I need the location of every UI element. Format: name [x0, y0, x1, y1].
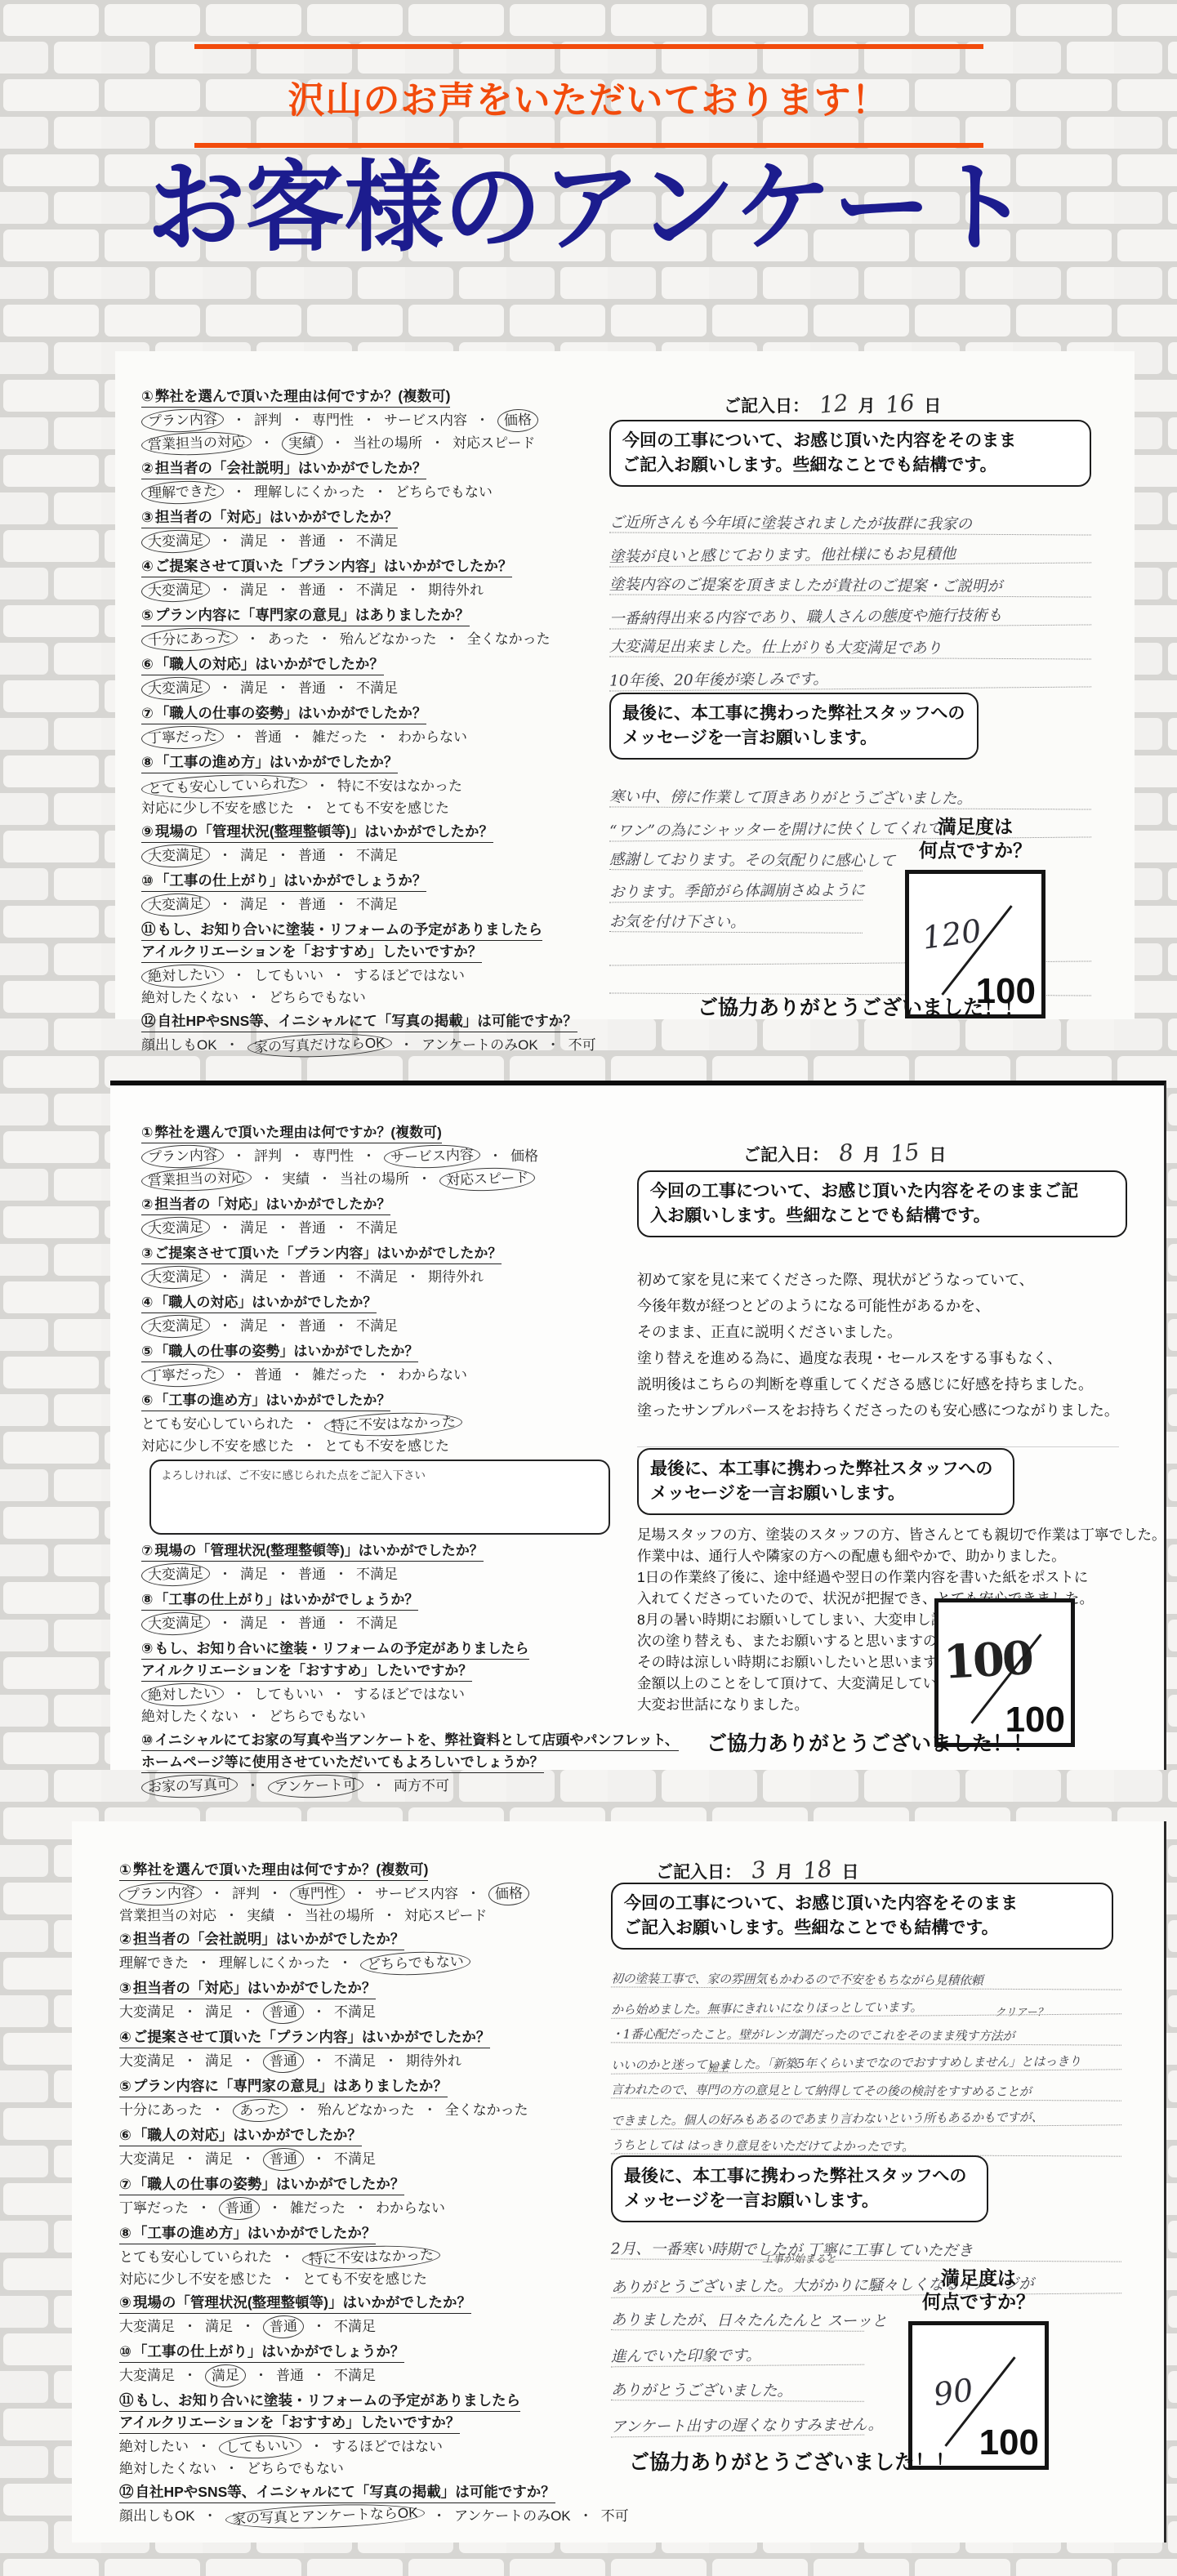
option: 普通 [298, 680, 326, 696]
option-separator: ・ [290, 729, 304, 745]
options-row: とても安心していられた・特に不安はなかった [119, 2246, 609, 2269]
option-separator: ・ [302, 800, 316, 816]
question-text: ⑪もし、お知り合いに塗装・リフォームの予定がありましたらアイルクリエーションを「… [119, 2391, 609, 2434]
selected-option: 大変満足 [141, 1216, 211, 1241]
option: 不満足 [356, 1567, 398, 1582]
option-separator: ・ [332, 968, 346, 983]
question-label: 「工事の進め方」はいかがでしたか？ [154, 1393, 390, 1408]
question: ⑪もし、お知り合いに塗装・リフォームの予定がありましたらアイルクリエーションを「… [141, 920, 611, 1008]
options-row: 大変満足・満足・普通・不満足 [119, 2315, 609, 2338]
options-row: 大変満足・満足・普通・不満足 [141, 1315, 664, 1338]
question: ⑦「職人の仕事の姿勢」はいかがでしたか？丁寧だった・普通・雑だった・わからない [119, 2175, 609, 2220]
question-text-line: ④ご提案させて頂いた「プラン内容」はいかがでしたか？ [141, 557, 512, 577]
option-separator: ・ [432, 2508, 446, 2524]
selected-option: プラン内容 [119, 1881, 203, 1907]
question-text-line: ④「職人の対応」はいかがでしたか？ [141, 1293, 377, 1313]
option-separator: ・ [218, 680, 232, 696]
text-line: できました。個人の好みもあるのであまり言わないという所もあるかもですが、 [611, 2097, 1121, 2129]
option: 普通 [298, 1318, 326, 1334]
question-number: ④ [141, 558, 154, 574]
option: 不満足 [356, 897, 398, 912]
option-separator: ・ [331, 435, 345, 451]
text-line: 初の塗装工事で、家の雰囲気もかわるので不安をもちながら見積依頼 [611, 1959, 1121, 1990]
question-text-line: ⑧「工事の仕上がり」はいかがでしょうか？ [141, 1590, 418, 1611]
options-row: 絶対したくない・どちらでもない [119, 2458, 609, 2479]
option: 満足 [240, 1269, 268, 1285]
options-row: 絶対したくない・どちらでもない [141, 987, 611, 1008]
selected-option: 理解できた [141, 479, 225, 506]
text-line: 作業中は、通行人や隣家の方への配慮も細やかで、助かりました。 [637, 1544, 1139, 1566]
option-separator: ・ [254, 2368, 268, 2383]
comment-lines: 初めて家を見に来てくださった際、現状がどうなっていて、今後年数が経つとどのように… [637, 1263, 1119, 1447]
text-line: 言われたので、専門の方の意見として納得してその後の検討をすすめることが [611, 2070, 1121, 2101]
options-row: 対応に少し不安を感じた・とても不安を感じた [141, 1436, 664, 1456]
question-text: ④ご提案させて頂いた「プラン内容」はいかがでしたか？ [119, 2028, 609, 2048]
question-text-line: ①弊社を選んで頂いた理由は何ですか？(複数可) [119, 1861, 428, 1881]
option-separator: ・ [232, 968, 246, 983]
question-text: ⑩「工事の仕上がり」はいかがでしょうか？ [119, 2342, 609, 2363]
selected-option: 大変満足 [141, 1611, 211, 1637]
option: 満足 [240, 897, 268, 912]
option: 理解できた [119, 1955, 189, 1971]
question-number: ② [119, 1931, 132, 1947]
options-row: 絶対したい・してもいい・するほどではない [141, 1683, 664, 1706]
option-separator: ・ [334, 1567, 348, 1582]
option: 不満足 [334, 2151, 376, 2167]
question-text-line: ④ご提案させて頂いた「プラン内容」はいかがでしたか？ [119, 2028, 490, 2048]
question: ③担当者の「対応」はいかがでしたか？大変満足・満足・普通・不満足 [119, 1979, 609, 2024]
option-separator: ・ [338, 1955, 352, 1971]
option-separator: ・ [241, 2319, 255, 2334]
selected-option: 普通 [263, 2147, 305, 2172]
options-row: 丁寧だった・普通・雑だった・わからない [119, 2197, 609, 2220]
option: どちらでもない [395, 484, 493, 500]
options-row: 大変満足・満足・普通・不満足 [141, 894, 611, 916]
question-text-line: アイルクリエーションを「おすすめ」したいですか？ [141, 943, 482, 963]
option: 雑だった [312, 729, 368, 745]
option: 不満足 [356, 1318, 398, 1334]
option: 雑だった [312, 1367, 368, 1383]
question-text-line: アイルクリエーションを「おすすめ」したいですか？ [141, 1661, 472, 1682]
selected-option: 大変満足 [141, 1265, 211, 1290]
selected-option: 大変満足 [141, 844, 211, 869]
option: 評判 [232, 1886, 260, 1901]
month-suffix: 月 [776, 1863, 793, 1882]
option-separator: ・ [318, 631, 332, 647]
text-line: うちとしては はっきり意見をいただけてよかったです。 [611, 2126, 1121, 2156]
handwritten-annotation: クリアー？ [995, 2003, 1048, 2019]
question-text: ②担当者の「対応」はいかがでしたか？ [141, 1195, 664, 1215]
options-row: 営業担当の対応・実績・当社の場所・対応スピード [141, 1168, 664, 1191]
line-text: いいのかと迷っていました。「新築5年くらいまでなのでおすすめしません」とはっきり [611, 2052, 1081, 2074]
question-text-line: ②担当者の「会社説明」はいかがでしたか？ [119, 1930, 404, 1950]
question-text-line: ⑥「職人の対応」はいかがでしたか？ [119, 2126, 362, 2146]
question-text: ②担当者の「会社説明」はいかがでしたか？ [119, 1930, 609, 1950]
option: 雑だった [290, 2200, 346, 2216]
question: ⑧「工事の進め方」はいかがでしたか？とても安心していられた・特に不安はなかった対… [119, 2224, 609, 2289]
question-number: ① [141, 1125, 153, 1140]
option-separator: ・ [310, 2439, 323, 2454]
text-line: アンケート出すの遅くなりすみません。 [611, 2400, 864, 2438]
question: ①弊社を選んで頂いた理由は何ですか？(複数可)プラン内容・評判・専門性・サービス… [141, 1123, 664, 1191]
options-row: 大変満足・満足・普通・不満足 [141, 1563, 664, 1586]
text-line: 塗ったサンプルパースをお持ちくださったのも安心感につながりました。 [637, 1394, 1119, 1420]
option-separator: ・ [241, 2004, 255, 2020]
text-line: お気を付け下さい。 [609, 901, 863, 934]
question-label: もし、お知り合いに塗装・リフォームの予定がありましたら [158, 921, 543, 938]
question: ⑦現場の「管理状況(整理整頓等)」はいかがでしたか？大変満足・満足・普通・不満足 [141, 1541, 664, 1586]
question-label: 「職人の仕事の姿勢」はいかがでしたか？ [154, 1344, 418, 1359]
satisfaction-score: 満足度は 何点ですか？ 90 100 [856, 2266, 1101, 2470]
option: 理解しにくかった [254, 484, 365, 500]
option: 評判 [254, 1148, 282, 1164]
selected-option: アンケート可 [268, 1773, 364, 1799]
question-text: ⑤プラン内容に「専門家の意見」はありましたか？ [141, 606, 611, 626]
question-number: ⑤ [141, 607, 154, 623]
option-separator: ・ [280, 2249, 294, 2265]
question-text-line: ⑤プラン内容に「専門家の意見」はありましたか？ [119, 2077, 448, 2097]
option-separator: ・ [334, 1220, 348, 1236]
question-text-line: ⑩イニシャルにてお家の写真や当アンケートを、弊社資料として店頭やパンフレット、 [141, 1731, 679, 1751]
question-text: ①弊社を選んで頂いた理由は何ですか？(複数可) [119, 1861, 609, 1881]
selected-option: 家の写真とアンケートならOK [225, 2502, 424, 2531]
line-text: 10年後、20年後が楽しみです。 [609, 667, 828, 690]
option-separator: ・ [276, 897, 290, 912]
option: 普通 [254, 729, 282, 745]
date-day-value: 18 [801, 1855, 833, 1885]
question-label: プラン内容に「専門家の意見」はありましたか？ [155, 607, 470, 623]
text-line: 寒い中、傍に作業して頂きありがとうございました。 [609, 776, 1091, 809]
question-label: 担当者の「対応」はいかがでしたか？ [155, 509, 399, 525]
prompt-line: 入お願いします。些細なことでも結構です。 [650, 1206, 991, 1225]
option-separator: ・ [268, 2200, 282, 2216]
selected-option: 価格 [497, 408, 539, 433]
question: ⑫自社HPやSNS等、イニシャルにて「写真の掲載」は可能ですか？顔出しもOK・家… [141, 1012, 611, 1057]
question-text: ④ご提案させて頂いた「プラン内容」はいかがでしたか？ [141, 557, 611, 577]
thanks-text: ご協力ありがとうございました！！ [698, 992, 1024, 1021]
option: 満足 [240, 533, 268, 549]
prompt-line: メッセージを一言お願いします。 [650, 1484, 905, 1503]
line-text: 足場スタッフの方、塗装のスタッフの方、皆さんとても親切で作業は丁寧でした。 [637, 1524, 1166, 1544]
option-separator: ・ [280, 2271, 294, 2287]
question-text-line: ⑥「工事の進め方」はいかがでしたか？ [141, 1391, 390, 1411]
option-separator: ・ [241, 2053, 255, 2069]
line-text: うちとしては はっきり意見をいただけてよかったです。 [611, 2136, 914, 2155]
option: 不満足 [356, 582, 398, 598]
text-line: 2月、一番寒い時期でしたが 丁寧に工事していただき [611, 2224, 1121, 2262]
option: 普通 [298, 848, 326, 863]
option-separator: ・ [247, 990, 261, 1005]
option-separator: ・ [203, 2508, 217, 2524]
option-separator: ・ [232, 1687, 246, 1702]
prompt-line: 今回の工事について、お感じ頂いた内容をそのまま [624, 1894, 1018, 1913]
option: 顔出しもOK [141, 1037, 217, 1053]
day-suffix: 日 [924, 397, 941, 416]
line-text: 今後年数が経つとどのようになる可能性があるかを、 [637, 1295, 990, 1316]
question: ⑫自社HPやSNS等、イニシャルにて「写真の掲載」は可能ですか？顔出しもOK・家… [119, 2483, 609, 2528]
question-label: 「工事の仕上がり」はいかがでしょうか？ [154, 1592, 418, 1607]
option: 不満足 [334, 2004, 376, 2020]
option: 特に不安はなかった [337, 778, 462, 794]
question: ③ご提案させて頂いた「プラン内容」はいかがでしたか？大変満足・満足・普通・不満足… [141, 1244, 664, 1289]
option: 専門性 [312, 1148, 354, 1164]
survey-form-3: ①弊社を選んで頂いた理由は何ですか？(複数可)プラン内容・評判・専門性・サービス… [72, 1821, 1166, 2543]
options-row: 理解できた・理解しにくかった・どちらでもない [141, 481, 611, 504]
line-text: 言われたので、専門の方の意見として納得してその後の検討をすすめることが [611, 2080, 1031, 2100]
options-row: 顔出しもOK・家の写真だけならOK・アンケートのみOK・不可 [141, 1034, 611, 1057]
comment-prompt-box: 今回の工事について、お感じ頂いた内容をそのまま ご記入お願いします。些細なことで… [611, 1883, 1113, 1950]
text-line: 今後年数が経つとどのようになる可能性があるかを、 [637, 1290, 1119, 1316]
option: とても不安を感じた [324, 1438, 449, 1454]
page-title: お客様のアンケート [0, 158, 1177, 258]
question-text: ⑥「職人の対応」はいかがでしたか？ [119, 2126, 609, 2146]
question-text: ④「職人の対応」はいかがでしたか？ [141, 1293, 664, 1313]
question-text: ③ご提案させて頂いた「プラン内容」はいかがでしたか？ [141, 1244, 664, 1264]
options-row: 絶対したくない・どちらでもない [141, 1706, 664, 1727]
options-row: 十分にあった・あった・殆んどなかった・全くなかった [141, 628, 611, 651]
question-label: 弊社を選んで頂いた理由は何ですか？(複数可) [133, 1861, 429, 1878]
question-text-line: アイルクリエーションを「おすすめ」したいですか？ [119, 2413, 460, 2434]
question-label: 「職人の対応」はいかがでしたか？ [154, 1295, 377, 1310]
question-text-line: ⑨現場の「管理状況(整理整頓等)」はいかがでしたか？ [141, 822, 493, 843]
selected-option: 大変満足 [141, 1562, 211, 1588]
option-separator: ・ [183, 2053, 197, 2069]
options-row: 対応に少し不安を感じた・とても不安を感じた [119, 2269, 609, 2289]
option-separator: ・ [475, 412, 489, 428]
date-row: ご記入日：3月18日 [656, 1856, 858, 1883]
question-number: ③ [141, 1246, 153, 1261]
question: ②担当者の「対応」はいかがでしたか？大変満足・満足・普通・不満足 [141, 1195, 664, 1240]
option: 満足 [205, 2151, 233, 2167]
question-text-line: ⑤「職人の仕事の姿勢」はいかがでしたか？ [141, 1342, 418, 1362]
option: 普通 [298, 582, 326, 598]
selected-option: プラン内容 [141, 1143, 225, 1170]
option: 不満足 [334, 2053, 376, 2069]
option: 評判 [254, 412, 282, 428]
note-box: よろしければ、ご不安に感じられた点をご記入下さい [149, 1460, 610, 1535]
question-text: ③担当者の「対応」はいかがでしたか？ [141, 508, 611, 528]
option-separator: ・ [225, 2461, 239, 2476]
line-text: ・1番心配だったこと。壁がレンガ調だったのでこれをそのまま残す方法が [611, 2025, 1014, 2044]
option-separator: ・ [276, 533, 290, 549]
page-header: 沢山のお声をいただいております！ お客様のアンケート [0, 0, 1177, 258]
question-text-line: ③担当者の「対応」はいかがでしたか？ [119, 1979, 376, 1999]
question-text: ⑧「工事の進め方」はいかがでしたか？ [119, 2224, 609, 2244]
date-row: ご記入日：8月15日 [743, 1139, 946, 1166]
question-label: 「工事の仕上がり」はいかがでしょうか？ [155, 872, 427, 889]
selected-option: お家の写真可 [141, 1773, 239, 1799]
line-text: 1日の作業終了後に、途中経過や翌日の作業内容を書いた紙をポストに [637, 1567, 1088, 1587]
selected-option: 価格 [488, 1882, 530, 1906]
option-separator: ・ [225, 1037, 239, 1053]
thanks-text: ご協力ありがとうございました！！ [707, 1727, 1033, 1757]
comment-lines: 初の塗装工事で、家の雰囲気もかわるので不安をもちながら見積依頼から始めました。無… [611, 1961, 1121, 2155]
option: 不可 [568, 1037, 596, 1053]
line-text: 初の塗装工事で、家の雰囲気もかわるので不安をもちながら見積依頼 [611, 1969, 983, 1988]
question-text-line: ⑪もし、お知り合いに塗装・リフォームの予定がありましたら [119, 2391, 520, 2412]
question-number: ② [141, 1197, 153, 1212]
prompt-line: メッセージを一言お願いします。 [622, 729, 877, 747]
option: 対応スピード [453, 435, 535, 451]
question-text-line: ①弊社を選んで頂いた理由は何ですか？(複数可) [141, 1123, 442, 1143]
option-separator: ・ [197, 1955, 211, 1971]
option: 当社の場所 [340, 1171, 409, 1187]
question-label: 「職人の対応」はいかがでしたか？ [155, 656, 384, 672]
option-separator: ・ [312, 2319, 326, 2334]
option: とても不安を感じた [324, 800, 449, 816]
options-row: 丁寧だった・普通・雑だった・わからない [141, 1364, 664, 1387]
line-text: 塗装内容のご提案を頂きましたが貴社のご提案・ご説明が [609, 573, 1002, 596]
options-row: 大変満足・満足・普通・不満足 [141, 677, 611, 700]
question: ②担当者の「会社説明」はいかがでしたか？理解できた・理解しにくかった・どちらでも… [141, 459, 611, 504]
question-number: ⑥ [141, 1393, 153, 1408]
satisfaction-label-line: 満足度は [938, 816, 1013, 837]
question: ⑤プラン内容に「専門家の意見」はありましたか？十分にあった・あった・殆んどなかっ… [141, 606, 611, 651]
selected-option: 大変満足 [141, 529, 211, 555]
comment-prompt-box: 今回の工事について、お感じ頂いた内容をそのままご記 入お願いします。些細なことで… [637, 1170, 1127, 1237]
options-row: 大変満足・満足・普通・不満足 [141, 530, 611, 553]
prompt-line: ご記入お願いします。些細なことでも結構です。 [622, 456, 997, 475]
option-separator: ・ [218, 582, 232, 598]
option-separator: ・ [579, 2508, 593, 2524]
question-text: ①弊社を選んで頂いた理由は何ですか？(複数可) [141, 1123, 664, 1143]
option: 普通 [298, 1220, 326, 1236]
option: 理解しにくかった [219, 1955, 330, 1971]
question-label: ご提案させて頂いた「プラン内容」はいかがでしたか？ [154, 1246, 502, 1261]
option-separator: ・ [276, 1616, 290, 1631]
question-text-line: ⑧「工事の進め方」はいかがでしたか？ [119, 2224, 376, 2244]
option-separator: ・ [268, 1886, 282, 1901]
line-text: 大変満足出来ました。仕上がりも大変満足であり [609, 635, 942, 657]
question: ⑤プラン内容に「専門家の意見」はありましたか？十分にあった・あった・殆んどなかっ… [119, 2077, 609, 2122]
page-subtitle: 沢山のお声をいただいております！ [0, 70, 1177, 123]
options-row: 対応に少し不安を感じた・とても不安を感じた [141, 798, 611, 818]
line-text: 塗装が良いと感じております。他社様にもお見積他 [609, 542, 956, 567]
options-row: プラン内容・評判・専門性・サービス内容・価格 [119, 1883, 609, 1905]
option: するほどではない [332, 2439, 443, 2454]
option: 満足 [240, 680, 268, 696]
question-number: ⑪ [119, 2392, 134, 2409]
option: アンケートのみOK [421, 1037, 538, 1053]
selected-option: 普通 [263, 2049, 305, 2074]
question: ⑥「職人の対応」はいかがでしたか？大変満足・満足・普通・不満足 [119, 2126, 609, 2171]
selected-option: 対応スピード [439, 1166, 536, 1192]
comment-prompt-box: 今回の工事について、お感じ頂いた内容をそのまま ご記入お願いします。些細なことで… [609, 420, 1091, 487]
question-number: ④ [119, 2029, 132, 2045]
option: どちらでもない [247, 2461, 344, 2476]
question-number: ⑤ [119, 2078, 132, 2094]
option: 普通 [276, 2368, 304, 2383]
answers-column: ご記入日：8月15日 今回の工事について、お感じ頂いた内容をそのままご記 入お願… [637, 1118, 1127, 1763]
question-text-line: ⑦「職人の仕事の姿勢」はいかがでしたか？ [119, 2175, 404, 2195]
text-line: 塗り替えを進める為に、過度な表現・セールスをする事もなく、 [637, 1342, 1119, 1368]
option: わからない [398, 729, 467, 745]
question-text: ⑤「職人の仕事の姿勢」はいかがでしたか？ [141, 1342, 664, 1362]
option-separator: ・ [290, 412, 304, 428]
handwritten-annotation: 工事が始まると [762, 2250, 836, 2266]
question-text: ⑨現場の「管理状況(整理整頓等)」はいかがでしたか？ [141, 822, 611, 843]
satisfaction-label: 満足度は 何点ですか？ [853, 815, 1098, 863]
line-text: 寒い中、傍に作業して頂きありがとうございました。 [609, 785, 972, 808]
line-text: 進んでいた印象です。 [611, 2344, 761, 2367]
line-text: 塗ったサンプルパースをお持ちくださったのも安心感につながりました。 [637, 1399, 1119, 1420]
question-text: ⑫自社HPやSNS等、イニシャルにて「写真の掲載」は可能ですか？ [119, 2483, 609, 2503]
message-prompt-box: 最後に、本工事に携わった弊社スタッフへの メッセージを一言お願いします。 [611, 2155, 988, 2222]
question-number: ⑧ [141, 1592, 153, 1607]
accent-rule-bottom [194, 143, 983, 148]
option-separator: ・ [247, 1709, 261, 1724]
satisfaction-score: 100 100 [882, 1598, 1127, 1747]
text-line: 塗装内容のご提案を頂きましたが貴社のご提案・ご説明が [609, 564, 1091, 597]
selected-option: プラン内容 [141, 408, 225, 434]
option: 大変満足 [119, 2151, 175, 2167]
question: ⑨現場の「管理状況(整理整頓等)」はいかがでしたか？大変満足・満足・普通・不満足 [119, 2293, 609, 2338]
option-separator: ・ [276, 1269, 290, 1285]
question-text: ⑦「職人の仕事の姿勢」はいかがでしたか？ [141, 704, 611, 724]
option-separator: ・ [332, 1687, 346, 1702]
option: 普通 [298, 1567, 326, 1582]
options-row: プラン内容・評判・専門性・サービス内容・価格 [141, 409, 611, 432]
message-prompt-box: 最後に、本工事に携わった弊社スタッフへの メッセージを一言お願いします。 [637, 1448, 1014, 1515]
option-separator: ・ [334, 533, 348, 549]
line-text: ご近所さんも今年頃に塗装されましたが抜群に我家の [609, 510, 972, 533]
selected-option: 満足 [205, 2364, 247, 2388]
question-text-line: ⑥「職人の対応」はいかがでしたか？ [141, 655, 384, 675]
option-separator: ・ [276, 848, 290, 863]
score-max: 100 [979, 2422, 1039, 2463]
prompt-line: 今回の工事について、お感じ頂いた内容をそのままご記 [650, 1182, 1078, 1201]
text-line: そのまま、正直に説明くださいました。 [637, 1316, 1119, 1342]
options-row: 大変満足・満足・普通・不満足 [119, 2001, 609, 2024]
option: アンケートのみOK [454, 2508, 571, 2524]
selected-option: サービス内容 [384, 1143, 481, 1170]
question-label: 自社HPやSNS等、イニシャルにて「写真の掲載」は可能ですか？ [136, 2484, 555, 2500]
selected-option: 大変満足 [141, 578, 211, 604]
question-number: ⑩ [141, 872, 154, 889]
option-separator: ・ [218, 1318, 232, 1334]
question-label: ご提案させて頂いた「プラン内容」はいかがでしたか？ [133, 2029, 491, 2045]
text-line: 初めて家を見に来てくださった際、現状がどうなっていて、 [637, 1263, 1119, 1290]
prompt-line: ご記入お願いします。些細なことでも結構です。 [624, 1919, 999, 1937]
option: 実績 [247, 1908, 274, 1923]
question-label: 担当者の「会社説明」はいかがでしたか？ [155, 460, 427, 476]
question-label: もし、お知り合いに塗装・リフォームの予定がありましたら [154, 1641, 528, 1656]
question: ⑨現場の「管理状況(整理整頓等)」はいかがでしたか？大変満足・満足・普通・不満足 [141, 822, 611, 867]
option: 満足 [205, 2319, 233, 2334]
option-separator: ・ [232, 1367, 246, 1383]
option: 不満足 [356, 1616, 398, 1631]
question-number: ③ [119, 1980, 132, 1996]
satisfaction-label-line: 何点ですか？ [919, 840, 1032, 861]
option-separator: ・ [218, 1220, 232, 1236]
question: ①弊社を選んで頂いた理由は何ですか？(複数可)プラン内容・評判・専門性・サービス… [119, 1861, 609, 1926]
option: 対応に少し不安を感じた [141, 800, 294, 816]
question-number: ⑩ [141, 1732, 153, 1748]
line-text: アンケート出すの遅くなりすみません。 [611, 2413, 883, 2436]
option-separator: ・ [334, 680, 348, 696]
option-separator: ・ [276, 1567, 290, 1582]
line-text: 作業中は、通行人や隣家の方への配慮も細やかで、助かりました。 [637, 1545, 1066, 1566]
selected-option: どちらでもない [360, 1950, 471, 1977]
option-separator: ・ [376, 729, 390, 745]
date-day-value: 16 [884, 389, 916, 419]
selected-option: 大変満足 [141, 893, 211, 918]
question-number: ⑨ [119, 2294, 132, 2311]
option: 大変満足 [119, 2319, 175, 2334]
selected-option: 家の写真だけならOK [247, 1032, 391, 1059]
option: とても安心していられた [119, 2249, 272, 2265]
question-label: イニシャルにてお家の写真や当アンケートを、弊社資料として店頭やパンフレット、 [154, 1732, 679, 1748]
